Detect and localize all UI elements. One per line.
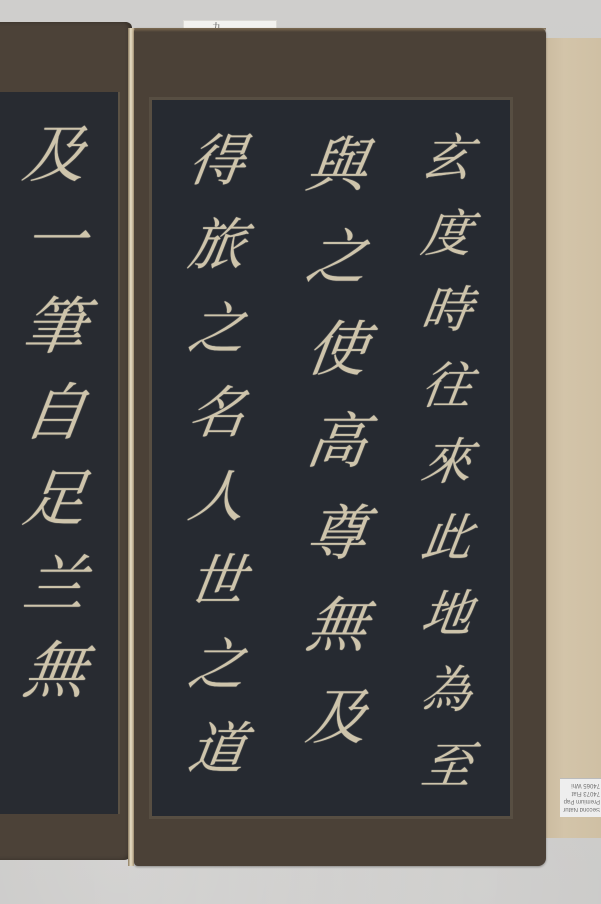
calligraphy-char: 人 xyxy=(183,456,251,540)
calligraphy-char: 得 xyxy=(183,120,251,204)
main-ink-field: 玄 度 時 往 來 此 地 為 至 與 之 使 高 尊 無 及 得 旅 之 名 … xyxy=(152,100,510,816)
calligraphy-char: 道 xyxy=(183,708,251,792)
calligraphy-char: 一 xyxy=(18,198,92,284)
label-line: Premium Pap xyxy=(562,797,600,805)
label-text: Second Natur Premium Pap 74073 Flat 7406… xyxy=(562,781,600,813)
calligraphy-char: 及 xyxy=(301,672,374,764)
calligraphy-char: 與 xyxy=(301,120,374,212)
calligraphy-char: 高 xyxy=(301,396,374,488)
calligraphy-column-middle: 與 之 使 高 尊 無 及 xyxy=(302,120,372,764)
calligraphy-char: 度 xyxy=(417,196,478,272)
calligraphy-char: 之 xyxy=(183,624,251,708)
label-line: Second Natur xyxy=(562,805,600,813)
left-ink-field: 及 一 筆 自 足 兰 無 xyxy=(0,92,120,814)
calligraphy-char: 來 xyxy=(417,424,478,500)
calligraphy-char: 此 xyxy=(417,500,478,576)
calligraphy-char: 兰 xyxy=(18,542,92,628)
left-album-page: 及 一 筆 自 足 兰 無 xyxy=(0,22,132,860)
calligraphy-char: 尊 xyxy=(301,488,374,580)
label-line: 74073 Flat xyxy=(562,789,600,797)
calligraphy-char: 世 xyxy=(183,540,251,624)
calligraphy-char: 足 xyxy=(18,456,92,542)
calligraphy-char: 時 xyxy=(417,272,478,348)
calligraphy-char: 使 xyxy=(301,304,374,396)
main-album-page: 玄 度 時 往 來 此 地 為 至 與 之 使 高 尊 無 及 得 旅 之 名 … xyxy=(134,28,546,866)
page-edge-wear xyxy=(134,28,546,32)
calligraphy-char: 之 xyxy=(183,288,251,372)
calligraphy-char: 及 xyxy=(18,112,92,198)
calligraphy-char: 往 xyxy=(417,348,478,424)
calligraphy-char: 無 xyxy=(18,628,92,714)
calligraphy-char: 名 xyxy=(183,372,251,456)
calligraphy-char: 旅 xyxy=(183,204,251,288)
calligraphy-char: 為 xyxy=(417,652,478,728)
calligraphy-char: 地 xyxy=(417,576,478,652)
calligraphy-char: 無 xyxy=(301,580,374,672)
calligraphy-char: 之 xyxy=(301,212,374,304)
left-calligraphy-column: 及 一 筆 自 足 兰 無 xyxy=(20,112,90,714)
calligraphy-char: 玄 xyxy=(417,120,478,196)
calligraphy-char: 自 xyxy=(18,370,92,456)
calligraphy-column-right: 玄 度 時 往 來 此 地 為 至 xyxy=(412,120,482,804)
calligraphy-char: 至 xyxy=(417,728,478,804)
backing-board xyxy=(540,38,601,838)
calligraphy-char: 筆 xyxy=(18,284,92,370)
product-label: Second Natur Premium Pap 74073 Flat 7406… xyxy=(560,778,601,817)
label-line: 74065 Whi xyxy=(562,781,600,789)
calligraphy-column-left: 得 旅 之 名 人 世 之 道 xyxy=(182,120,252,792)
